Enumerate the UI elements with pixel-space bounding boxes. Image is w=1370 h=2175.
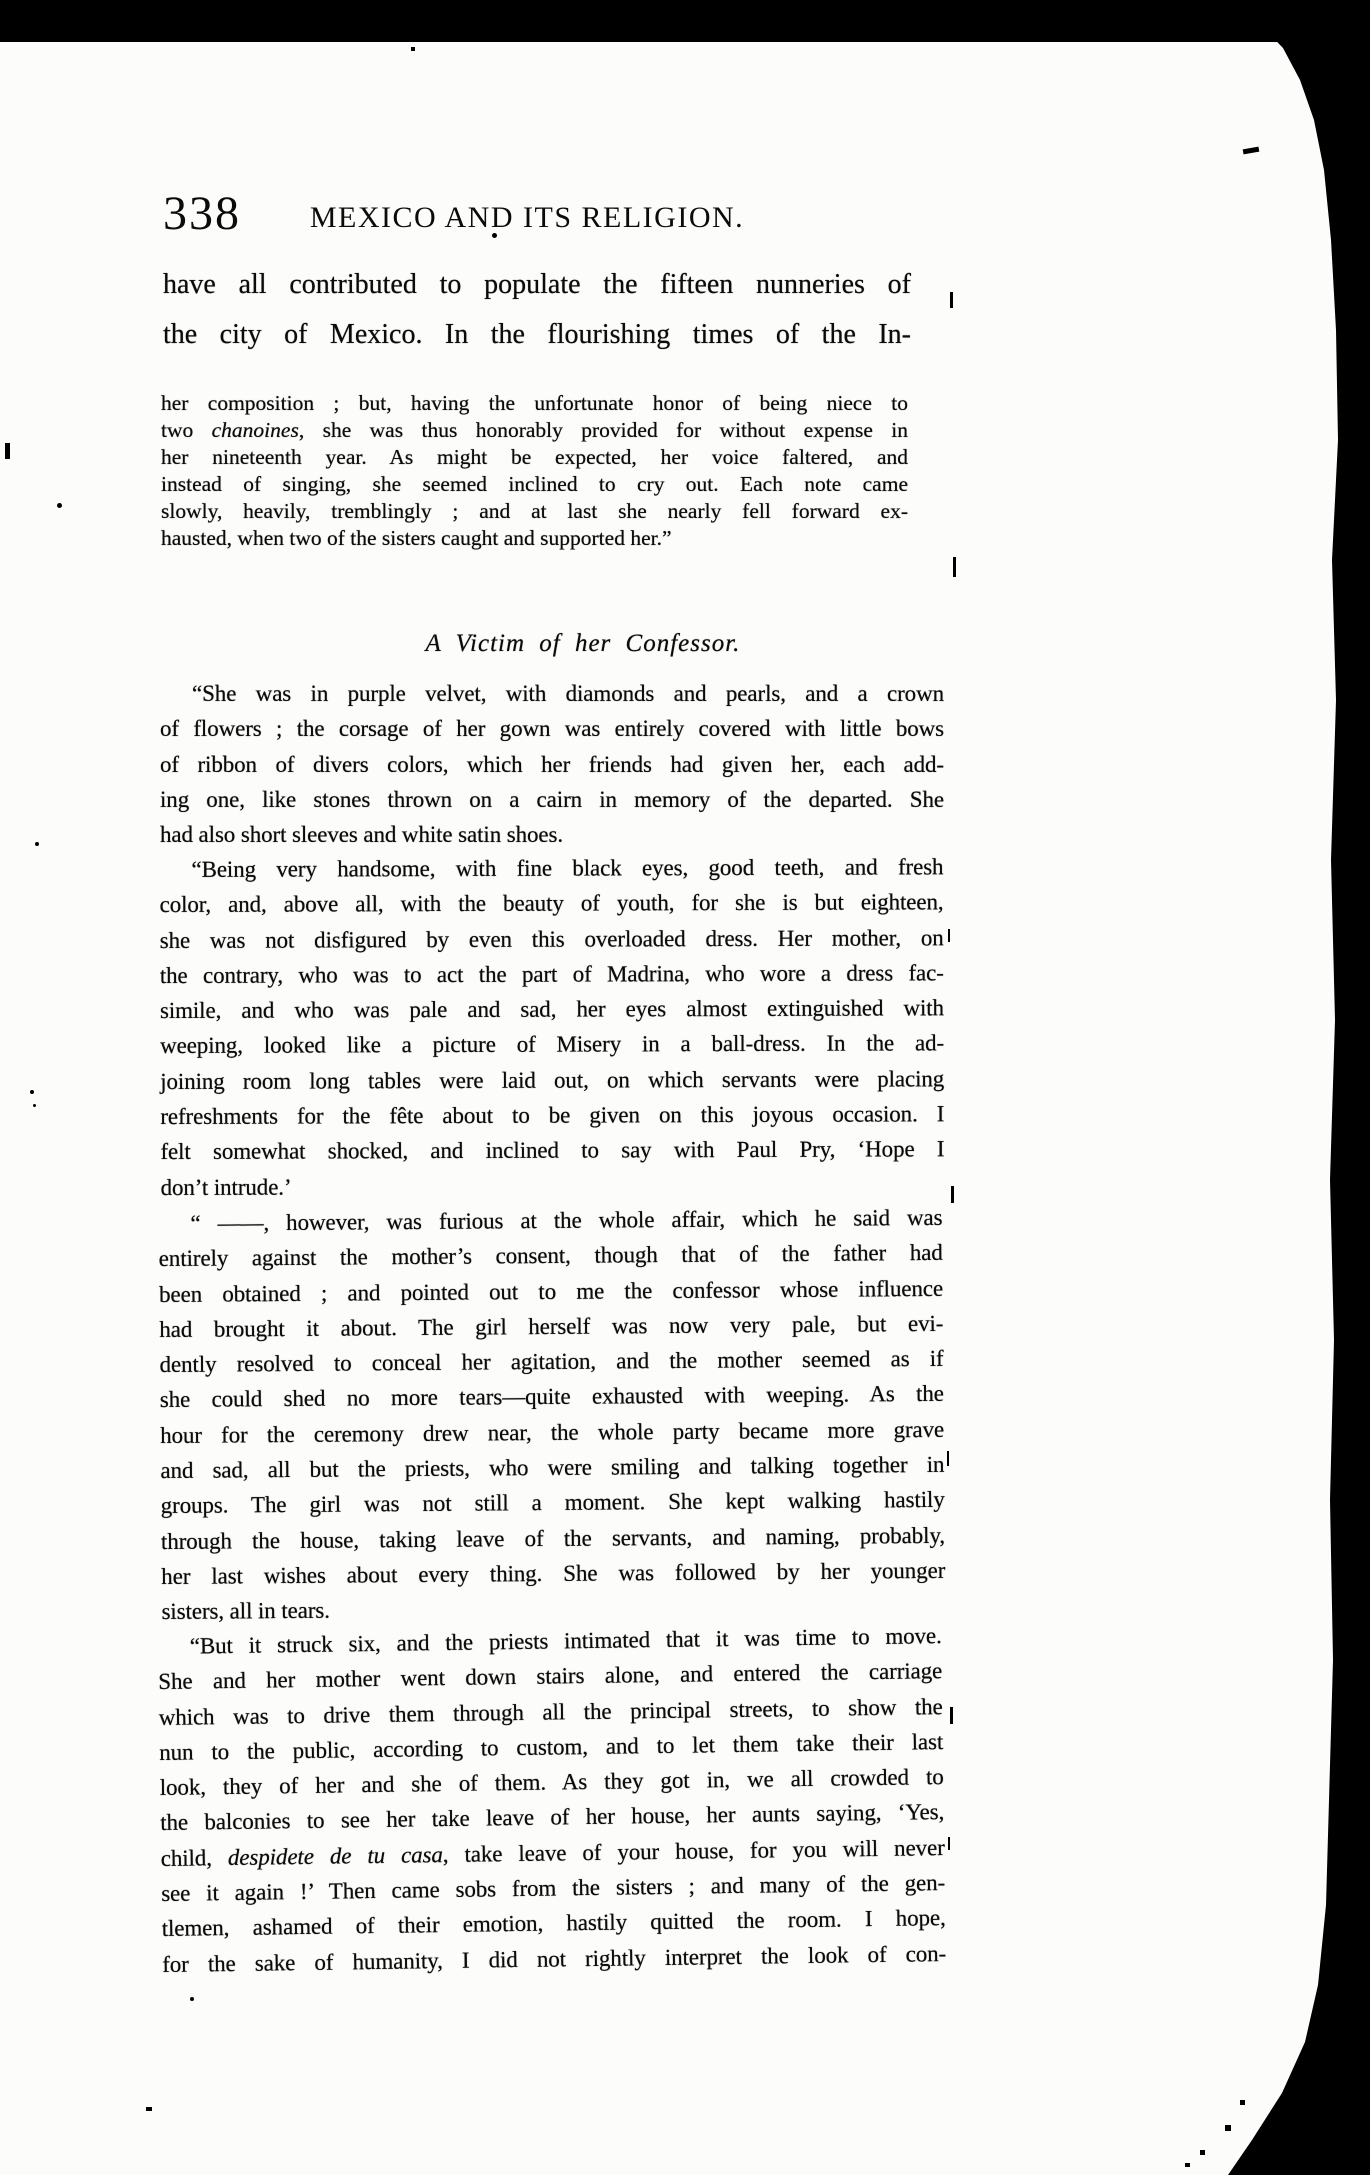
scan-speck [1225,2125,1231,2131]
text-line: her composition ; but, having the unfort… [161,390,908,417]
text-line: ing one, like stones thrown on a cairn i… [160,782,944,817]
scan-speck [411,47,415,51]
scan-speck [1243,147,1260,155]
scan-speck [948,1837,950,1850]
text-line: her nineteenth year. As might be expecte… [161,444,908,471]
scan-speck [953,557,956,577]
scan-speck [950,292,953,308]
text-line: been obtained ; and pointed out to me th… [159,1270,943,1311]
scan-speck [352,38,357,42]
running-title: MEXICO AND ITS RELIGION. [297,201,757,235]
text-line: the city of Mexico. In the flourishing t… [163,310,911,360]
text-line: groups. The girl was not still a moment.… [161,1482,945,1523]
text-line: refreshments for the fête about to be gi… [160,1096,944,1134]
text-line: have all contributed to populate the fif… [163,260,911,310]
scan-speck [57,503,62,508]
text-line: “Being very handsome, with fine black ey… [159,849,943,887]
text-line: through the house, taking leave of the s… [161,1518,945,1559]
scan-speck [190,1997,194,2001]
scan-speck [1185,2163,1190,2167]
scan-speck [948,929,950,942]
text-line: her last wishes about every thing. She w… [161,1553,945,1594]
text-line: felt somewhat shocked, and inclined to s… [160,1132,944,1170]
text-line: color, and, above all, with the beauty o… [160,885,944,923]
scan-speck [146,2107,152,2111]
scan-speck [33,1104,36,1107]
text-line: two chanoines, she was thus honorably pr… [161,417,908,444]
extract-paragraph: her composition ; but, having the unfort… [161,390,908,552]
text-line: “She was in purple velvet, with diamonds… [160,676,944,711]
text-line: slowly, heavily, tremblingly ; and at la… [161,498,908,525]
scan-speck [492,233,497,238]
text-line: entirely against the mother’s consent, t… [159,1235,943,1276]
text-line: she was not disfigured by even this over… [160,920,944,958]
text-line: the contrary, who was to act the part of… [160,955,944,993]
scan-speck [5,443,10,459]
scan-speck [30,1090,34,1094]
text-line: of flowers ; the corsage of her gown was… [160,711,944,746]
section-heading: A Victim of her Confessor. [160,629,940,659]
text-line: of ribbon of divers colors, which her fr… [160,747,944,782]
scan-speck [947,1451,949,1466]
extract-paragraph: “Being very handsome, with fine black ey… [159,849,944,1205]
text-line: she could shed no more tears—quite exhau… [160,1376,944,1417]
text-line: had also short sleeves and white satin s… [160,817,944,852]
scan-speck [950,1707,953,1724]
text-line: instead of singing, she seemed inclined … [161,471,908,498]
text-line: don’t intrude.’ [160,1167,944,1205]
scan-edge-top [0,0,1370,42]
text-line: weeping, looked like a picture of Misery… [160,1026,944,1064]
scan-speck [951,1186,954,1203]
extract-paragraph: “ ——, however, was furious at the whole … [158,1200,945,1630]
text-line: hausted, when two of the sisters caught … [161,525,908,552]
main-text-paragraph: have all contributed to populate the fif… [163,260,911,360]
scan-speck [1240,2100,1245,2105]
book-page: 338 MEXICO AND ITS RELIGION. have all co… [0,0,1370,2175]
text-line: simile, and who was pale and sad, her ey… [160,990,944,1028]
scan-speck [35,842,39,846]
page-number: 338 [163,188,241,240]
text-line: joining room long tables were laid out, … [160,1061,944,1099]
extract-paragraph: “She was in purple velvet, with diamonds… [160,676,944,852]
scan-speck [1200,2150,1205,2155]
extract-paragraph: “But it struck six, and the priests inti… [158,1618,947,1982]
